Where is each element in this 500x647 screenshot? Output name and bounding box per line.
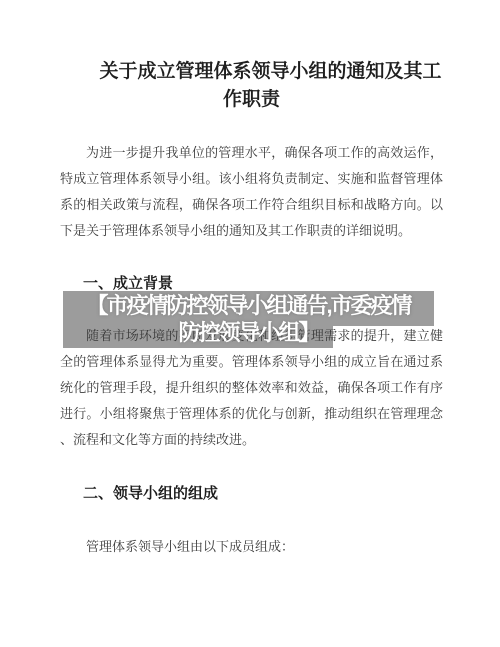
watermark-caption: 【市疫情防控领导小组通告,市委疫情 防控领导小组】 [63, 291, 434, 346]
document-title: 关于成立管理体系领导小组的通知及其工作职责 [60, 58, 443, 114]
intro-paragraph: 为进一步提升我单位的管理水平，确保各项工作的高效运作，特成立管理体系领导小组。该… [60, 140, 443, 244]
document-page: 关于成立管理体系领导小组的通知及其工作职责 为进一步提升我单位的管理水平，确保各… [0, 0, 500, 647]
composition-intro-paragraph: 管理体系领导小组由以下成员组成： [60, 534, 443, 560]
section-heading-composition: 二、领导小组的组成 [60, 484, 443, 504]
